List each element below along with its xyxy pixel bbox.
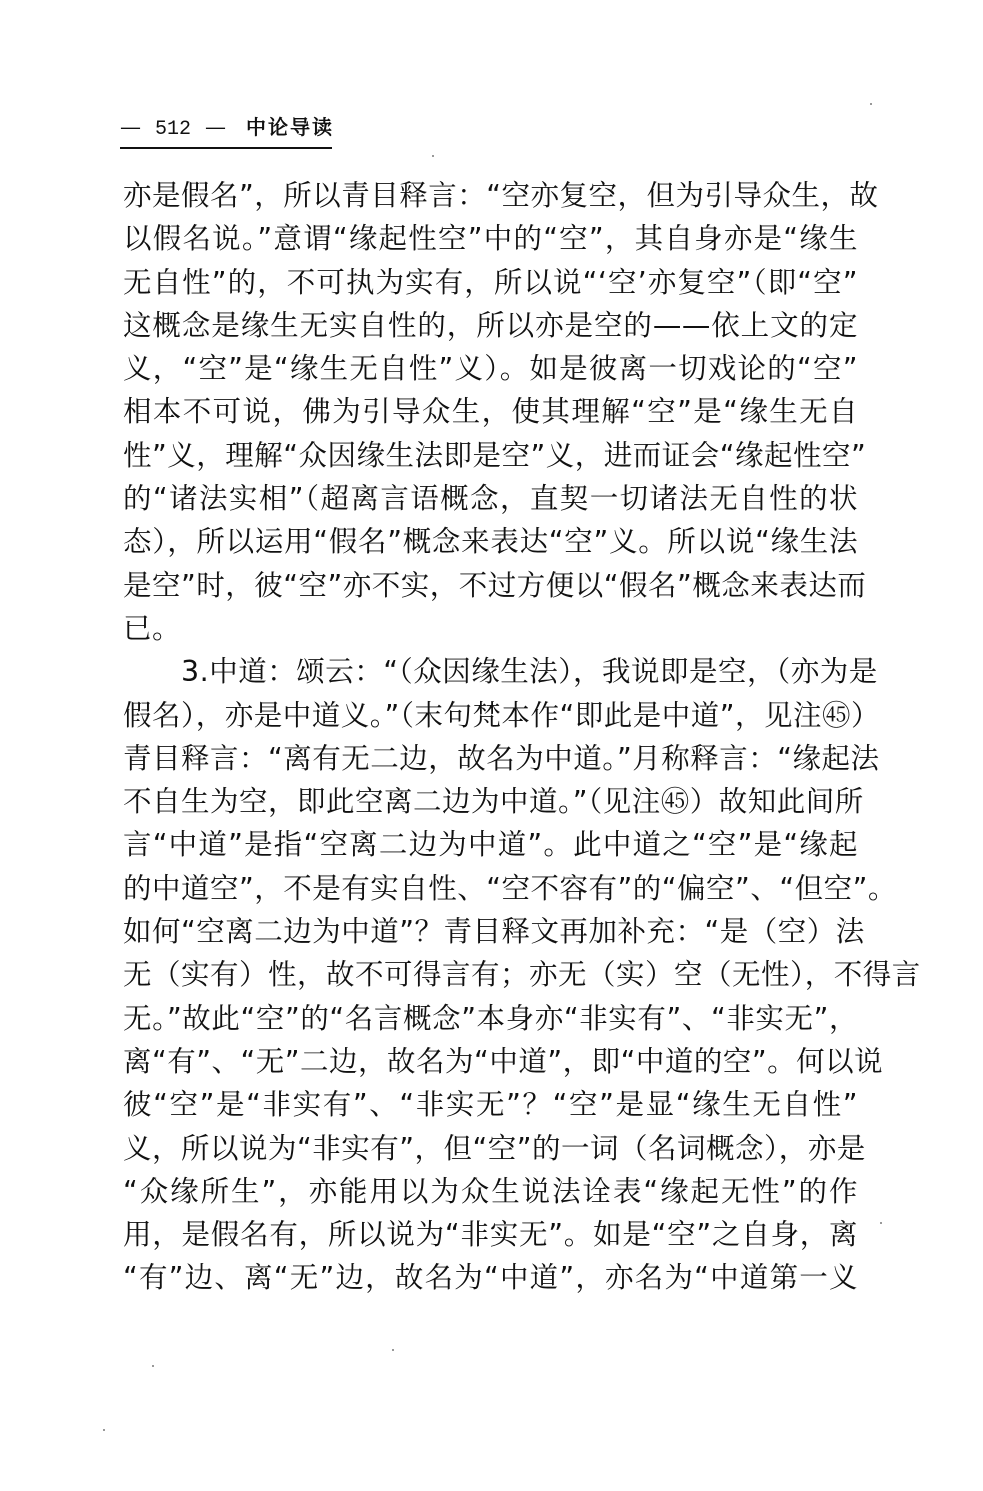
text-line: 言“中道”是指“空离二边为中道”。此中道之“空”是“缘起 xyxy=(123,823,858,866)
text-line: 离“有”、“无”二边，故名为“中道”，即“中道的空”。何以说 xyxy=(123,1040,858,1083)
text-line: 无（实有）性，故不可得言有；亦无（实）空（无性），不得言 xyxy=(123,953,858,996)
header-dash-right: — xyxy=(205,113,226,141)
text-line: “有”边、离“无”边，故名为“中道”，亦名为“中道第一义 xyxy=(123,1256,858,1299)
text-line: 的“诸法实相”（超离言语概念，直契一切诸法无自性的状 xyxy=(123,477,858,520)
text-line: 无自性”的，不可执为实有，所以说“‘空’亦复空”（即“空” xyxy=(123,261,858,304)
text-line: 无。”故此“空”的“名言概念”本身亦“非实有”、“非实无”， xyxy=(123,997,858,1040)
section-heading-line: 3.中道：颂云：“（众因缘生法），我说即是空，（亦为是 xyxy=(123,650,858,693)
text-line: 用，是假名有，所以说为“非实无”。如是“空”之自身，离 xyxy=(123,1213,858,1256)
text-line: 的中道空”，不是有实自性、“空不容有”的“偏空”、“但空”。 xyxy=(123,867,858,910)
text-line: 性”义，理解“众因缘生法即是空”义，进而证会“缘起性空” xyxy=(123,434,858,477)
scan-speck xyxy=(152,1365,154,1367)
page-number: 512 xyxy=(155,118,191,141)
text-line: 青目释言：“离有无二边，故名为中道。”月称释言：“缘起法 xyxy=(123,737,858,780)
text-line: 以假名说。”意谓“缘起性空”中的“空”，其自身亦是“缘生 xyxy=(123,217,858,260)
running-header: —512—中论导读 xyxy=(120,113,332,149)
scan-speck xyxy=(432,155,434,157)
text-line: 义，“空”是“缘生无自性”义）。如是彼离一切戏论的“空” xyxy=(123,347,858,390)
text-line: 这概念是缘生无实自性的，所以亦是空的——依上文的定 xyxy=(123,304,858,347)
text-line: 如何“空离二边为中道”？青目释文再加补充：“是（空）法 xyxy=(123,910,858,953)
scan-speck xyxy=(103,1429,105,1431)
text-line: 假名），亦是中道义。”（末句梵本作“即此是中道”，见注㊺） xyxy=(123,694,858,737)
text-line: 不自生为空，即此空离二边为中道。”（见注㊺）故知此间所 xyxy=(123,780,858,823)
text-line: 态），所以运用“假名”概念来表达“空”义。所以说“缘生法 xyxy=(123,520,858,563)
text-line-paragraph-end: 已。 xyxy=(123,607,858,650)
header-dash-left: — xyxy=(120,113,141,141)
book-title: 中论导读 xyxy=(246,115,334,139)
text-line: 彼“空”是“非实有”、“非实无”？“空”是显“缘生无自性” xyxy=(123,1083,858,1126)
scan-speck xyxy=(880,1222,882,1224)
text-line: “众缘所生”，亦能用以为众生说法诠表“缘起无性”的作 xyxy=(123,1170,858,1213)
scan-speck xyxy=(870,103,872,105)
text-line: 义，所以说为“非实有”，但“空”的一词（名词概念），亦是 xyxy=(123,1127,858,1170)
text-line: 相本不可说，佛为引导众生，使其理解“空”是“缘生无自 xyxy=(123,390,858,433)
scan-speck xyxy=(392,1349,394,1351)
text-line: 是空”时，彼“空”亦不实，不过方便以“假名”概念来表达而 xyxy=(123,564,858,607)
text-line: 亦是假名”，所以青目释言：“空亦复空，但为引导众生，故 xyxy=(123,174,858,217)
body-text: 亦是假名”，所以青目释言：“空亦复空，但为引导众生，故 以假名说。”意谓“缘起性… xyxy=(123,174,858,1300)
